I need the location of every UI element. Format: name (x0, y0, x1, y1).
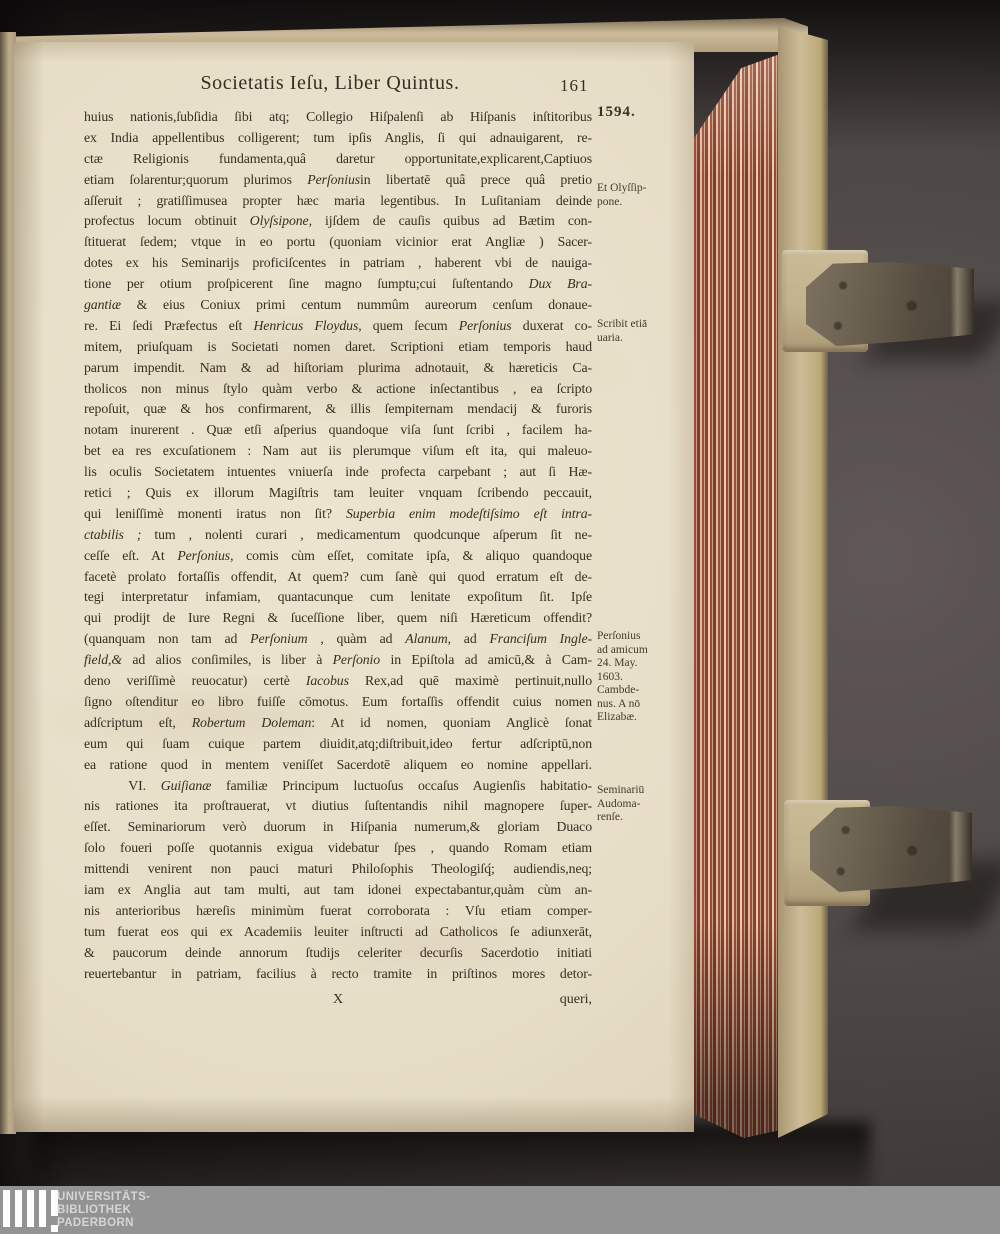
clasp-metal-top (806, 262, 974, 346)
text-line: notam inurerent . Quæ etſi aſperius quan… (84, 420, 592, 441)
text-line: ſolo foueri poſſe quotannis exigua videb… (84, 838, 592, 859)
clasp-metal-bottom (810, 806, 972, 892)
library-logo-icon (3, 1190, 55, 1232)
text-line: qui leniſſimè monenti iratus non ſit? Su… (84, 504, 592, 525)
text-line: mitem, priuſquam is Societati nomen dare… (84, 337, 592, 358)
text-line: tholicos non minus ſtylo quàm verbo & ac… (84, 379, 592, 400)
margin-note-year: 1594. (597, 104, 636, 121)
text-line: ctæ Religionis fundamenta,quâ daretur op… (84, 149, 592, 170)
text-line: ſtituerat ſedem; vtque in eo portu (quon… (84, 232, 592, 253)
text-line: ctabilis ; tum , nolenti curari , medica… (84, 525, 592, 546)
catchword-row: X queri, (84, 992, 592, 1014)
text-line: ceſſe eſt. At Perſonius, comis cùm eſſet… (84, 546, 592, 567)
library-name: UNIVERSITÄTS- BIBLIOTHEK PADERBORN (57, 1191, 150, 1230)
signature-mark: X (84, 992, 592, 1008)
text-line: tione per otium proſpicerent ſine magno … (84, 274, 592, 295)
text-line: tum fuerat eos qui ex Academiis leuiter … (84, 922, 592, 943)
margin-note-olyssipone: Et Olyſſip- pone. (597, 182, 663, 209)
text-line: lis oculis Societatem intuentes vniuerſa… (84, 462, 592, 483)
fore-edge-stripes (694, 46, 780, 1142)
library-name-line: PADERBORN (57, 1217, 150, 1230)
text-line: & paucorum deinde annorum ſtudijs celeri… (84, 943, 592, 964)
page-number: 161 (560, 76, 589, 96)
text-line: bet ea res excuſationem : Nam aut iis pl… (84, 441, 592, 462)
text-line: huius nationis,ſubſidia ſibi atq; Colleg… (84, 107, 592, 128)
text-line: nis anterioribus hæreſis minimùm fuerat … (84, 901, 592, 922)
text-line: adſcriptum eſt, Robertum Doleman: At id … (84, 713, 592, 734)
library-name-line: BIBLIOTHEK (57, 1204, 150, 1217)
text-line: eſſet. Seminariorum verò duorum in Hiſpa… (84, 817, 592, 838)
text-line: qui prodijt de Iure Regni & ſuceſſione l… (84, 608, 592, 629)
text-line: facetè prolato fortaſſis offendit, At qu… (84, 567, 592, 588)
text-line: ea ratione quod in mentem veniſſet Sacer… (84, 755, 592, 776)
text-line: etiam ſolarentur;quorum plurimos Perſoni… (84, 170, 592, 191)
text-line: eum qui ſuam cuique partem diuidit,atq;d… (84, 734, 592, 755)
margin-note-scribit: Scribit etiā uaria. (597, 318, 663, 345)
text-line: (quanquam non tam ad Perſonium , quàm ad… (84, 629, 592, 650)
margin-note-seminarium: Seminariū Audoma- renſe. (597, 784, 663, 825)
book-photograph: Societatis Ieſu, Liber Quintus. 161 1594… (0, 0, 1000, 1234)
vellum-cover-edge (778, 26, 828, 1138)
text-line: nis rationes ita proſtrauerat, vt diutiu… (84, 796, 592, 817)
text-line: dotes ex his Seminarijs proficiſcentes i… (84, 253, 592, 274)
library-name-line: UNIVERSITÄTS- (57, 1191, 150, 1204)
text-line: iam ex Anglia aut tam multi, aut tam ido… (84, 880, 592, 901)
text-line: gantiæ & eius Coniux primi centum nummûm… (84, 295, 592, 316)
text-line: re. Ei ſedi Præfectus eſt Henricus Floyd… (84, 316, 592, 337)
text-line: tegi interpretatur infamiam, quantacunqu… (84, 587, 592, 608)
library-banner: UNIVERSITÄTS- BIBLIOTHEK PADERBORN (0, 1186, 1000, 1234)
text-line: repoſuit, quæ & hos confirmarent, & illi… (84, 399, 592, 420)
text-line: field,& ad alios conſimiles, is liber à … (84, 650, 592, 671)
text-line: VI. Guiſianæ familiæ Principum luctuoſus… (84, 776, 592, 797)
text-line: reuertebantur in patriam, facilius à rec… (84, 964, 592, 985)
margin-note-personius: Perſonius ad amicum 24. May. 1603. Cambd… (597, 630, 663, 725)
catchword: queri, (560, 992, 592, 1008)
text-line: ſigno oſtenditur eo libro fuiſſe cōmotus… (84, 692, 592, 713)
text-line: parum impendit. Nam & ad hiſtoriam pluri… (84, 358, 592, 379)
body-text: huius nationis,ſubſidia ſibi atq; Colleg… (84, 107, 592, 984)
text-line: profectus locum obtinuit Olyſsipone, ijſ… (84, 211, 592, 232)
text-line: mittendi venirent non pauci maturi Philo… (84, 859, 592, 880)
text-line: retici ; Quis ex illorum Magiſtris tam l… (84, 483, 592, 504)
text-line: ex India appellentibus colligerent; tum … (84, 128, 592, 149)
text-line: deno veriſſimè reuocatur) certè Iacobus … (84, 671, 592, 692)
running-header: Societatis Ieſu, Liber Quintus. (100, 72, 560, 95)
text-line: aſſeruit ; gratiſſimusea propter hæc mar… (84, 191, 592, 212)
